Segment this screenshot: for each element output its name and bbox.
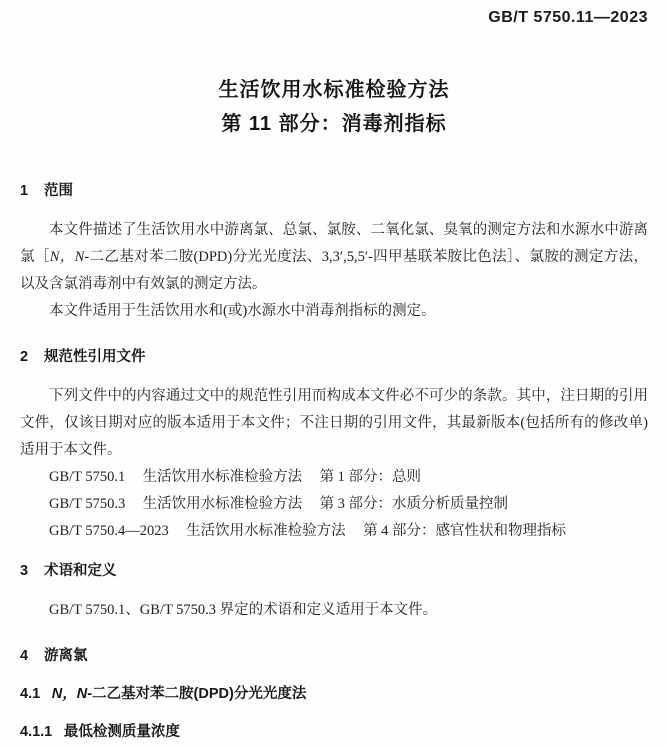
reference-part: 第 1 部分：总则 [320, 469, 422, 485]
section-2-number: 2 [20, 349, 28, 365]
standard-number: GB/T 5750.11—2023 [20, 0, 648, 27]
document-title: 生活饮用水标准检验方法 第 11 部分：消毒剂指标 [20, 73, 648, 141]
reference-name: 生活饮用水标准检验方法 [143, 469, 303, 485]
section-3-heading: 3术语和定义 [20, 561, 648, 581]
scope-paragraphs: 本文件描述了生活饮用水中游离氯、总氯、氯胺、二氧化氯、臭氧的测定方法和水源水中游… [20, 217, 648, 325]
section-4-1-number: 4.1 [20, 686, 40, 702]
section-2-title: 规范性引用文件 [44, 349, 146, 365]
title-line-2: 第 11 部分：消毒剂指标 [20, 107, 648, 141]
section-3-number: 3 [20, 563, 28, 579]
terms-paragraph: GB/T 5750.1、GB/T 5750.3 界定的术语和定义适用于本文件。 [20, 597, 648, 624]
section-3-title: 术语和定义 [44, 563, 117, 579]
reference-part: 第 4 部分：感官性状和物理指标 [363, 523, 566, 539]
section-4-heading: 4游离氯 [20, 646, 648, 666]
refs-intro-paragraph: 下列文件中的内容通过文中的规范性引用而构成本文件必不可少的条款。其中，注日期的引… [20, 383, 648, 464]
scope-p1-text-b: -二乙基对苯二胺(DPD)分光光度法、3,3′,5,5′-四甲基联苯胺比色法］、… [20, 249, 648, 292]
normative-refs-paragraphs: 下列文件中的内容通过文中的规范性引用而构成本文件必不可少的条款。其中，注日期的引… [20, 383, 648, 545]
section-4-1-chemical-name: N，N [52, 686, 87, 702]
section-4-1-1-title: 最低检测质量浓度 [64, 724, 180, 740]
section-4-1-heading: 4.1N，N-二乙基对苯二胺(DPD)分光光度法 [20, 684, 648, 704]
section-4-1-1-heading: 4.1.1最低检测质量浓度 [20, 722, 648, 742]
reference-item: GB/T 5750.3生活饮用水标准检验方法第 3 部分：水质分析质量控制 [20, 491, 648, 518]
document-page: GB/T 5750.11—2023 生活饮用水标准检验方法 第 11 部分：消毒… [0, 0, 666, 749]
terms-paragraphs: GB/T 5750.1、GB/T 5750.3 界定的术语和定义适用于本文件。 [20, 597, 648, 624]
section-1-title: 范围 [44, 183, 73, 199]
reference-code: GB/T 5750.4—2023 [49, 523, 169, 539]
reference-name: 生活饮用水标准检验方法 [186, 523, 346, 539]
reference-code: GB/T 5750.1 [49, 469, 125, 485]
reference-code: GB/T 5750.3 [49, 496, 125, 512]
scope-paragraph-1: 本文件描述了生活饮用水中游离氯、总氯、氯胺、二氧化氯、臭氧的测定方法和水源水中游… [20, 217, 648, 298]
reference-item: GB/T 5750.4—2023生活饮用水标准检验方法第 4 部分：感官性状和物… [20, 518, 648, 545]
reference-item: GB/T 5750.1生活饮用水标准检验方法第 1 部分：总则 [20, 464, 648, 491]
scope-p1-chemical-name: N，N [50, 249, 85, 265]
section-1-heading: 1范围 [20, 181, 648, 201]
section-4-number: 4 [20, 648, 28, 664]
section-4-1-title: -二乙基对苯二胺(DPD)分光光度法 [87, 686, 306, 702]
reference-name: 生活饮用水标准检验方法 [143, 496, 303, 512]
scope-paragraph-2: 本文件适用于生活饮用水和(或)水源水中消毒剂指标的测定。 [20, 298, 648, 325]
section-2-heading: 2规范性引用文件 [20, 347, 648, 367]
section-4-title: 游离氯 [44, 648, 88, 664]
reference-part: 第 3 部分：水质分析质量控制 [320, 496, 509, 512]
section-1-number: 1 [20, 183, 28, 199]
title-line-1: 生活饮用水标准检验方法 [20, 73, 648, 107]
section-4-1-1-number: 4.1.1 [20, 724, 52, 740]
